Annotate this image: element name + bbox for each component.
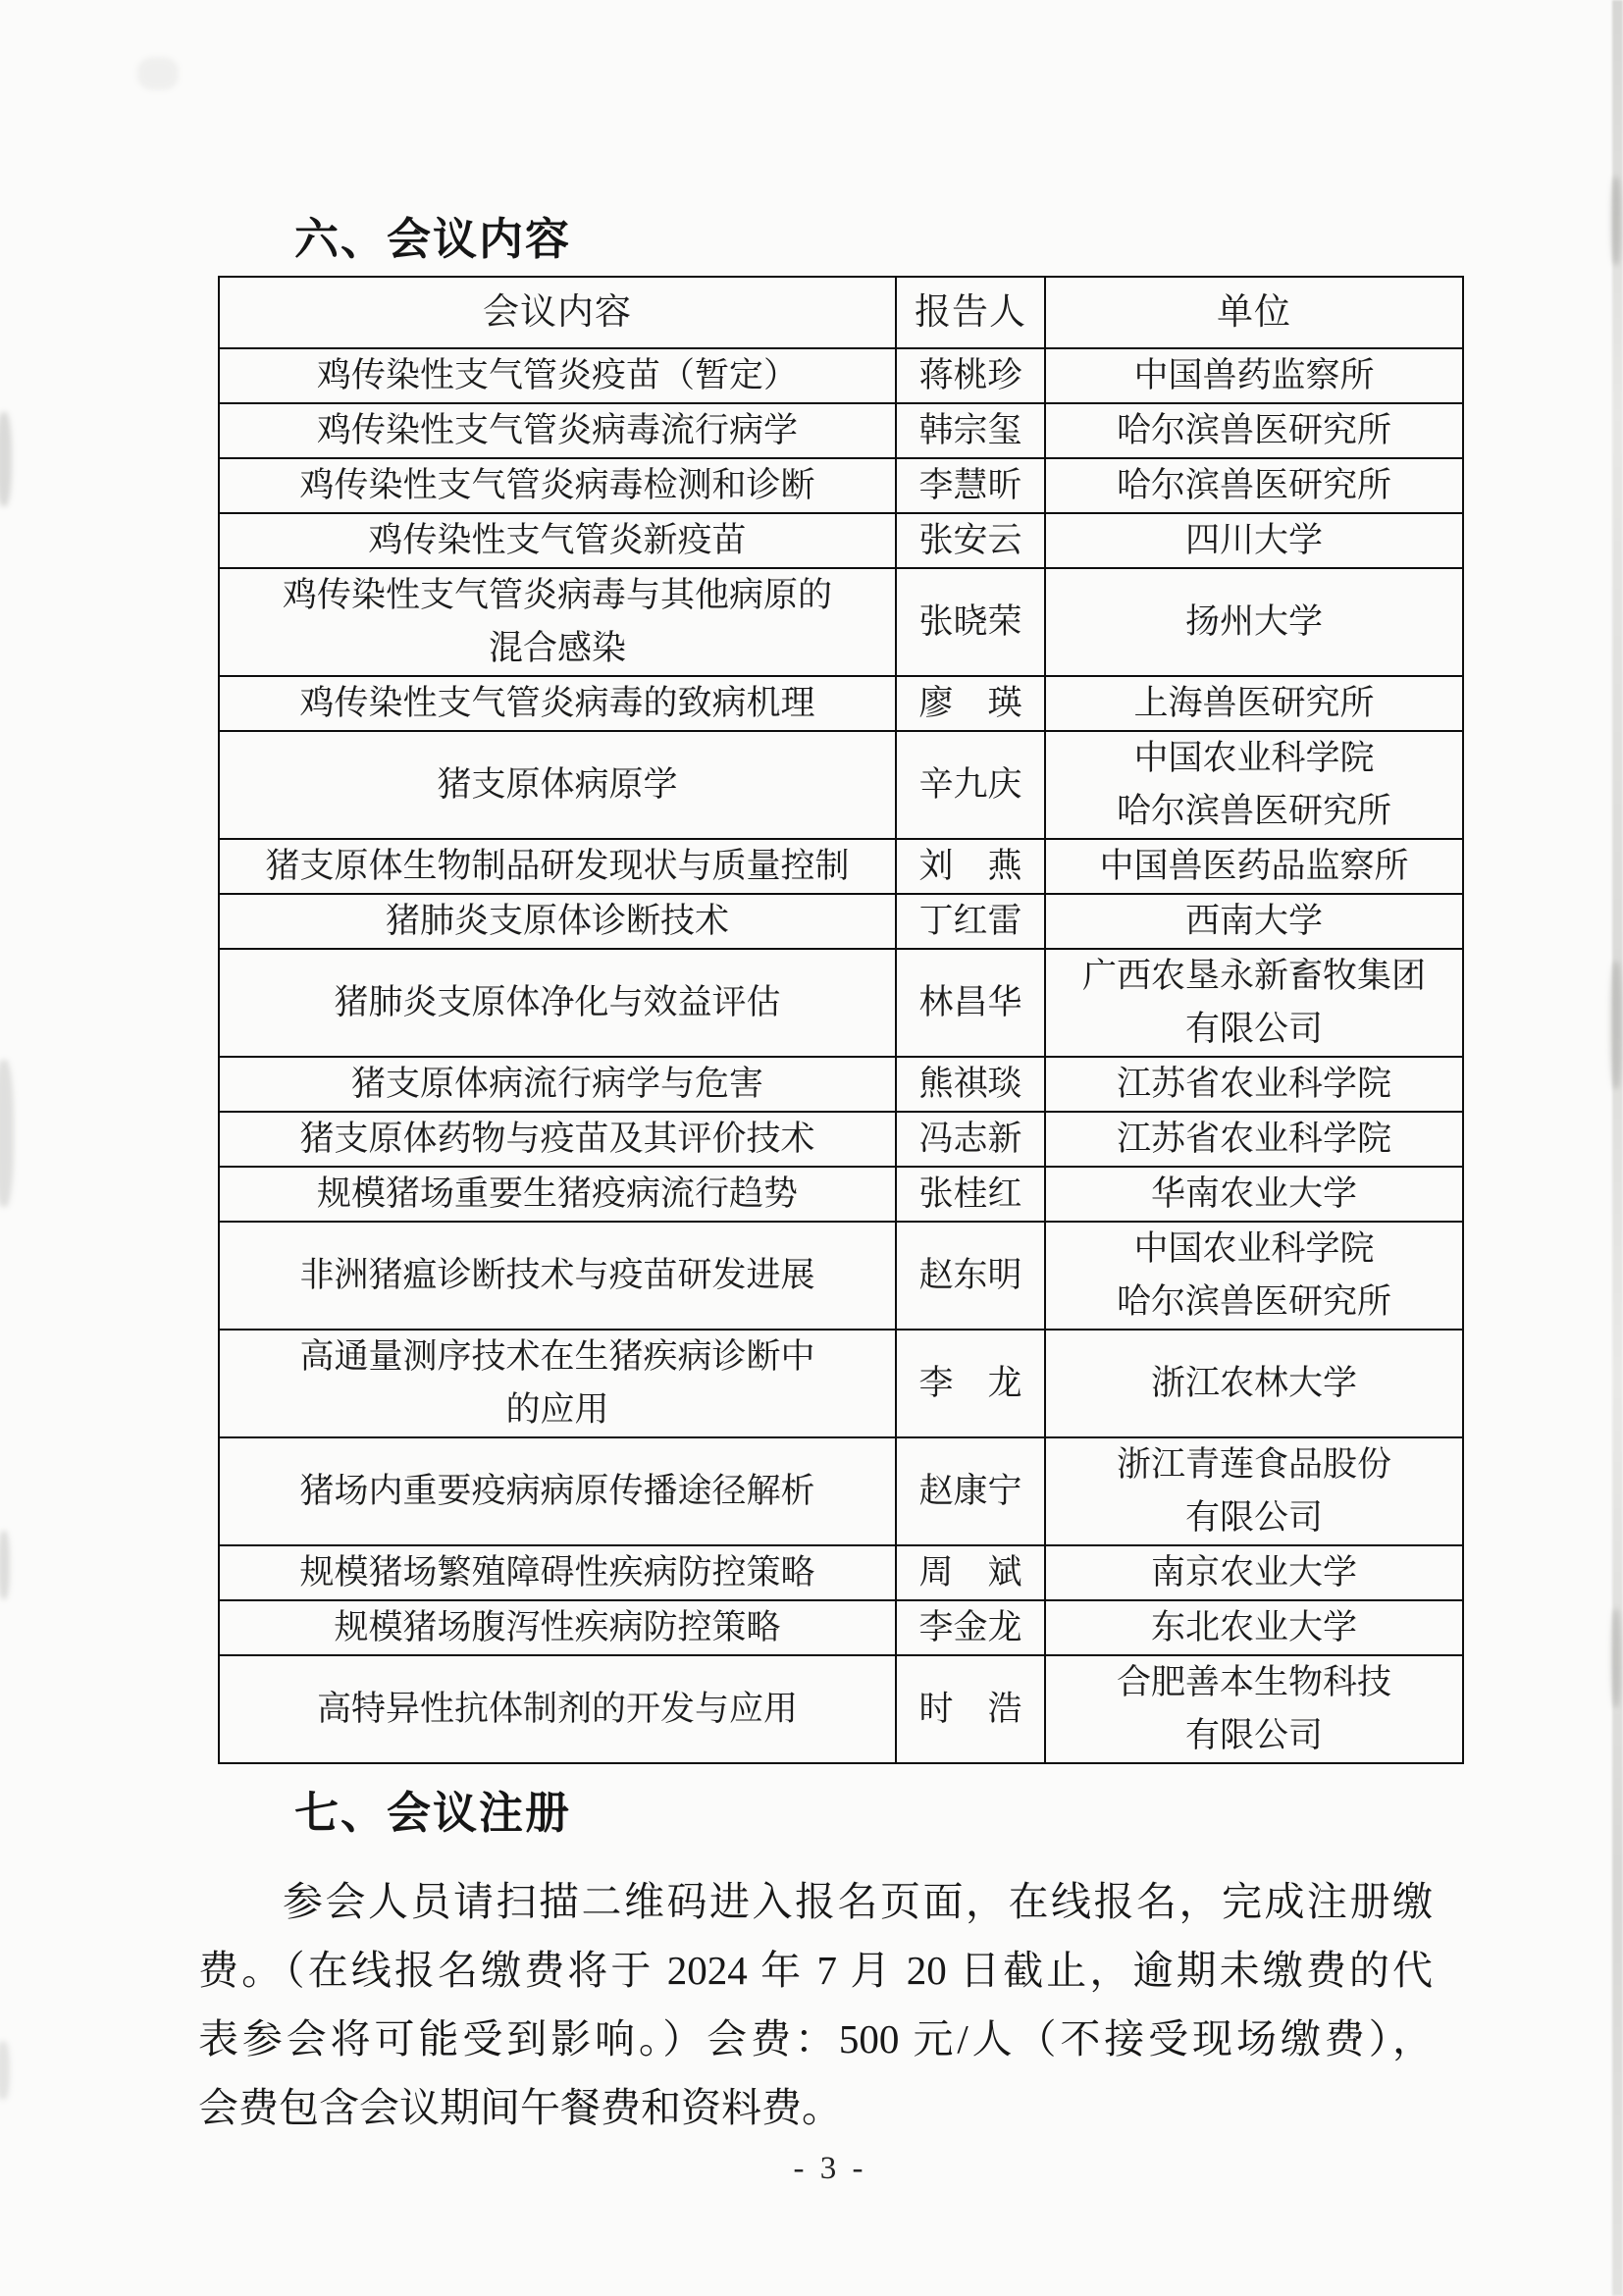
topic-cell: 非洲猪瘟诊断技术与疫苗研发进展 [219,1222,896,1330]
document-page: 六、会议内容 会议内容 报告人 单位 鸡传染性支气管炎疫苗（暂定） 蒋桃珍 中国… [0,0,1623,2296]
paragraph-line: 费。（在线报名缴费将于 2024 年 7 月 20 日截止，逾期未缴费的代 [198,1936,1433,2005]
speaker-cell: 辛九庆 [896,731,1045,839]
scan-smudge [1610,962,1622,1089]
header-org: 单位 [1045,277,1463,348]
table-row: 高特异性抗体制剂的开发与应用 时 浩 合肥善本生物科技 有限公司 [219,1655,1463,1763]
table-row: 规模猪场腹泻性疾病防控策略 李金龙 东北农业大学 [219,1600,1463,1655]
table-row: 鸡传染性支气管炎疫苗（暂定） 蒋桃珍 中国兽药监察所 [219,348,1463,403]
org-cell: 江苏省农业科学院 [1045,1112,1463,1167]
speaker-cell: 张安云 [896,513,1045,568]
speaker-cell: 赵康宁 [896,1437,1045,1545]
table-row: 猪支原体药物与疫苗及其评价技术 冯志新 江苏省农业科学院 [219,1112,1463,1167]
table-row: 规模猪场重要生猪疫病流行趋势 张桂红 华南农业大学 [219,1167,1463,1222]
table-row: 猪肺炎支原体诊断技术 丁红雷 西南大学 [219,894,1463,949]
org-cell: 华南农业大学 [1045,1167,1463,1222]
conference-content-table: 会议内容 报告人 单位 鸡传染性支气管炎疫苗（暂定） 蒋桃珍 中国兽药监察所 鸡… [218,276,1464,1764]
speaker-cell: 李慧昕 [896,458,1045,513]
speaker-cell: 熊祺琰 [896,1057,1045,1112]
topic-cell: 规模猪场重要生猪疫病流行趋势 [219,1167,896,1222]
org-cell: 浙江青莲食品股份 有限公司 [1045,1437,1463,1545]
paragraph-line: 会费包含会议期间午餐费和资料费。 [198,2073,1433,2142]
org-cell: 西南大学 [1045,894,1463,949]
org-cell: 中国农业科学院 哈尔滨兽医研究所 [1045,1222,1463,1330]
table-row: 猪支原体病原学 辛九庆 中国农业科学院 哈尔滨兽医研究所 [219,731,1463,839]
topic-cell: 鸡传染性支气管炎病毒的致病机理 [219,676,896,731]
table-row: 猪场内重要疫病病原传播途径解析 赵康宁 浙江青莲食品股份 有限公司 [219,1437,1463,1545]
org-cell: 中国农业科学院 哈尔滨兽医研究所 [1045,731,1463,839]
table-row: 鸡传染性支气管炎病毒与其他病原的 混合感染 张晓荣 扬州大学 [219,568,1463,676]
scan-smudge [1611,1609,1621,1707]
speaker-cell: 李金龙 [896,1600,1045,1655]
topic-cell: 高特异性抗体制剂的开发与应用 [219,1655,896,1763]
scan-smudge [0,2041,10,2100]
table-row: 鸡传染性支气管炎病毒流行病学 韩宗玺 哈尔滨兽医研究所 [219,403,1463,458]
speaker-cell: 刘 燕 [896,839,1045,894]
topic-cell: 猪支原体药物与疫苗及其评价技术 [219,1112,896,1167]
table-row: 高通量测序技术在生猪疾病诊断中 的应用 李 龙 浙江农林大学 [219,1330,1463,1437]
org-cell: 南京农业大学 [1045,1545,1463,1600]
topic-cell: 猪支原体病流行病学与危害 [219,1057,896,1112]
topic-cell: 鸡传染性支气管炎疫苗（暂定） [219,348,896,403]
topic-cell: 猪肺炎支原体净化与效益评估 [219,949,896,1057]
paragraph-line: 表参会将可能受到影响。）会费：500 元/人（不接受现场缴费）， [198,2005,1433,2073]
speaker-cell: 时 浩 [896,1655,1045,1763]
header-topic: 会议内容 [219,277,896,348]
table-row: 鸡传染性支气管炎新疫苗 张安云 四川大学 [219,513,1463,568]
org-cell: 合肥善本生物科技 有限公司 [1045,1655,1463,1763]
speaker-cell: 张晓荣 [896,568,1045,676]
speaker-cell: 廖 瑛 [896,676,1045,731]
speaker-cell: 林昌华 [896,949,1045,1057]
org-cell: 中国兽药监察所 [1045,348,1463,403]
scan-smudge [0,1531,10,1599]
table-row: 鸡传染性支气管炎病毒检测和诊断 李慧昕 哈尔滨兽医研究所 [219,458,1463,513]
topic-cell: 规模猪场繁殖障碍性疾病防控策略 [219,1545,896,1600]
speaker-cell: 周 斌 [896,1545,1045,1600]
table-row: 鸡传染性支气管炎病毒的致病机理 廖 瑛 上海兽医研究所 [219,676,1463,731]
section-heading-registration: 七、会议注册 [294,1788,571,1839]
speaker-cell: 冯志新 [896,1112,1045,1167]
speaker-cell: 李 龙 [896,1330,1045,1437]
topic-cell: 猪肺炎支原体诊断技术 [219,894,896,949]
header-speaker: 报告人 [896,277,1045,348]
org-cell: 广西农垦永新畜牧集团 有限公司 [1045,949,1463,1057]
org-cell: 哈尔滨兽医研究所 [1045,403,1463,458]
org-cell: 上海兽医研究所 [1045,676,1463,731]
table-header-row: 会议内容 报告人 单位 [219,277,1463,348]
topic-cell: 猪支原体病原学 [219,731,896,839]
topic-cell: 鸡传染性支气管炎病毒流行病学 [219,403,896,458]
scan-smudge [0,1060,14,1207]
speaker-cell: 丁红雷 [896,894,1045,949]
paragraph-line: 参会人员请扫描二维码进入报名页面，在线报名，完成注册缴 [198,1867,1433,1936]
speaker-cell: 赵东明 [896,1222,1045,1330]
speaker-cell: 张桂红 [896,1167,1045,1222]
topic-cell: 猪场内重要疫病病原传播途径解析 [219,1437,896,1545]
org-cell: 哈尔滨兽医研究所 [1045,458,1463,513]
scan-smudge [137,57,179,90]
org-cell: 扬州大学 [1045,568,1463,676]
table-row: 猪肺炎支原体净化与效益评估 林昌华 广西农垦永新畜牧集团 有限公司 [219,949,1463,1057]
org-cell: 中国兽医药品监察所 [1045,839,1463,894]
org-cell: 浙江农林大学 [1045,1330,1463,1437]
table-row: 非洲猪瘟诊断技术与疫苗研发进展 赵东明 中国农业科学院 哈尔滨兽医研究所 [219,1222,1463,1330]
scan-smudge [1611,177,1621,265]
topic-cell: 鸡传染性支气管炎病毒与其他病原的 混合感染 [219,568,896,676]
registration-paragraph: 参会人员请扫描二维码进入报名页面，在线报名，完成注册缴 费。（在线报名缴费将于 … [198,1867,1433,2142]
topic-cell: 鸡传染性支气管炎新疫苗 [219,513,896,568]
org-cell: 四川大学 [1045,513,1463,568]
speaker-cell: 蒋桃珍 [896,348,1045,403]
topic-cell: 高通量测序技术在生猪疾病诊断中 的应用 [219,1330,896,1437]
table-row: 猪支原体生物制品研发现状与质量控制 刘 燕 中国兽医药品监察所 [219,839,1463,894]
speaker-cell: 韩宗玺 [896,403,1045,458]
org-cell: 江苏省农业科学院 [1045,1057,1463,1112]
section-heading-conference-content: 六、会议内容 [294,214,571,265]
topic-cell: 规模猪场腹泻性疾病防控策略 [219,1600,896,1655]
topic-cell: 猪支原体生物制品研发现状与质量控制 [219,839,896,894]
scan-smudge [0,412,12,506]
table-row: 规模猪场繁殖障碍性疾病防控策略 周 斌 南京农业大学 [219,1545,1463,1600]
topic-cell: 鸡传染性支气管炎病毒检测和诊断 [219,458,896,513]
org-cell: 东北农业大学 [1045,1600,1463,1655]
scan-edge-shadow [1612,0,1623,2296]
page-number: - 3 - [0,2151,1623,2187]
table-row: 猪支原体病流行病学与危害 熊祺琰 江苏省农业科学院 [219,1057,1463,1112]
